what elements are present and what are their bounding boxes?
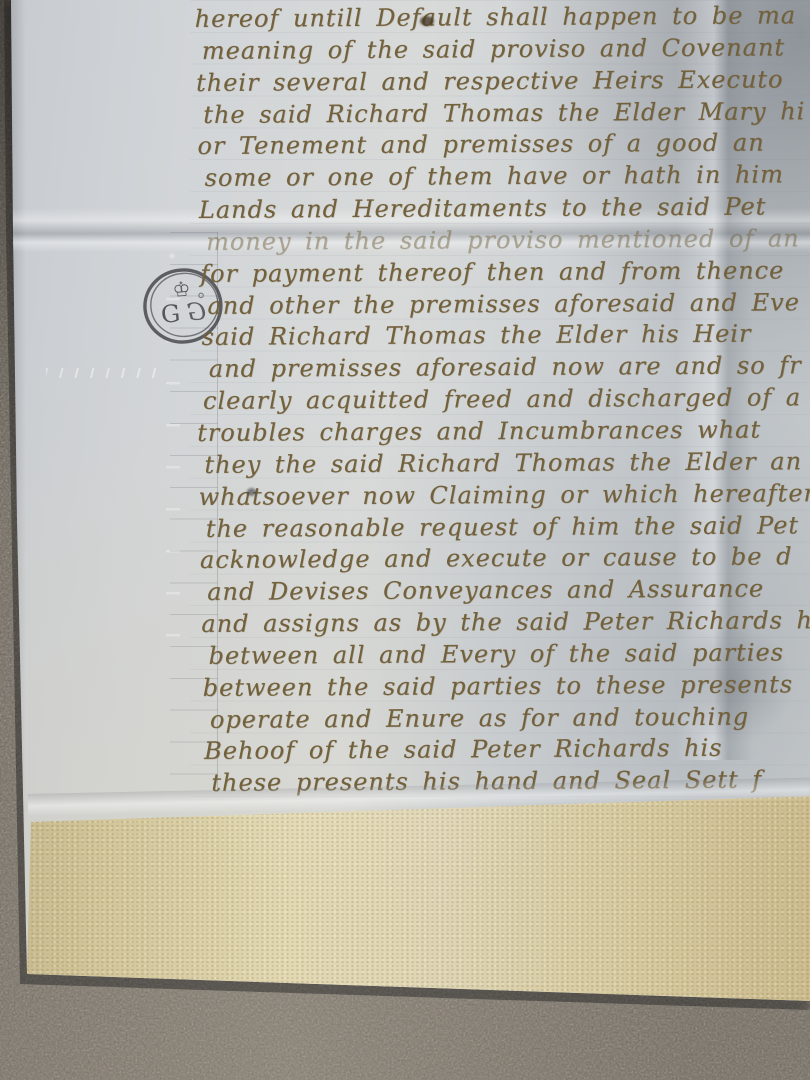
manuscript-line: and assigns as by the said Peter Richard… xyxy=(201,605,810,641)
ink-spot xyxy=(247,488,256,496)
manuscript-line: some or one of them have or hath in him xyxy=(205,159,810,195)
parchment-document: ♔ G G hereof untill Default shall happen… xyxy=(0,0,810,1080)
manuscript-line: or Tenement and premisses of a good an xyxy=(197,127,810,163)
manuscript-line: acknowledge and execute or cause to be d xyxy=(200,541,810,577)
manuscript-line: between all and Every of the said partie… xyxy=(208,637,810,673)
stamp-letter-left: G xyxy=(160,299,182,329)
manuscript-line: and Devises Conveyances and Assurance xyxy=(207,573,810,609)
manuscript-line: and other the premisses aforesaid and Ev… xyxy=(207,287,810,323)
ink-blot xyxy=(420,16,434,26)
photo-of-parchment-deed: ♔ G G hereof untill Default shall happen… xyxy=(0,0,810,1080)
manuscript-line: operate and Enure as for and touching xyxy=(210,701,810,737)
manuscript-text: hereof untill Default shall happen to be… xyxy=(195,0,810,800)
manuscript-line: said Richard Thomas the Elder his Heir xyxy=(202,318,810,354)
manuscript-line: Lands and Hereditaments to the said Pet xyxy=(199,191,810,227)
manuscript-line: meaning of the said proviso and Covenant xyxy=(202,32,810,68)
stitched-repair-marks xyxy=(46,368,164,378)
manuscript-line: Behoof of the said Peter Richards his xyxy=(204,732,810,768)
manuscript-line: whatsoever now Claiming or which hereaft… xyxy=(198,478,810,514)
manuscript-line: the reasonable request of him the said P… xyxy=(206,510,810,546)
manuscript-line: troubles charges and Incumbrances what xyxy=(197,414,810,450)
manuscript-line: hereof untill Default shall happen to be… xyxy=(195,0,810,36)
manuscript-line: between the said parties to these presen… xyxy=(203,669,810,705)
manuscript-line: for payment thereof then and from thence xyxy=(200,255,810,291)
manuscript-line: and premisses aforesaid now are and so f… xyxy=(209,350,810,386)
manuscript-line: clearly acquitted freed and discharged o… xyxy=(203,382,810,418)
manuscript-line: the said Richard Thomas the Elder Mary h… xyxy=(203,96,810,132)
manuscript-line: their several and respective Heirs Execu… xyxy=(196,64,810,100)
manuscript-line: money in the said proviso mentioned of a… xyxy=(206,223,810,259)
manuscript-line: they the said Richard Thomas the Elder a… xyxy=(204,446,810,482)
